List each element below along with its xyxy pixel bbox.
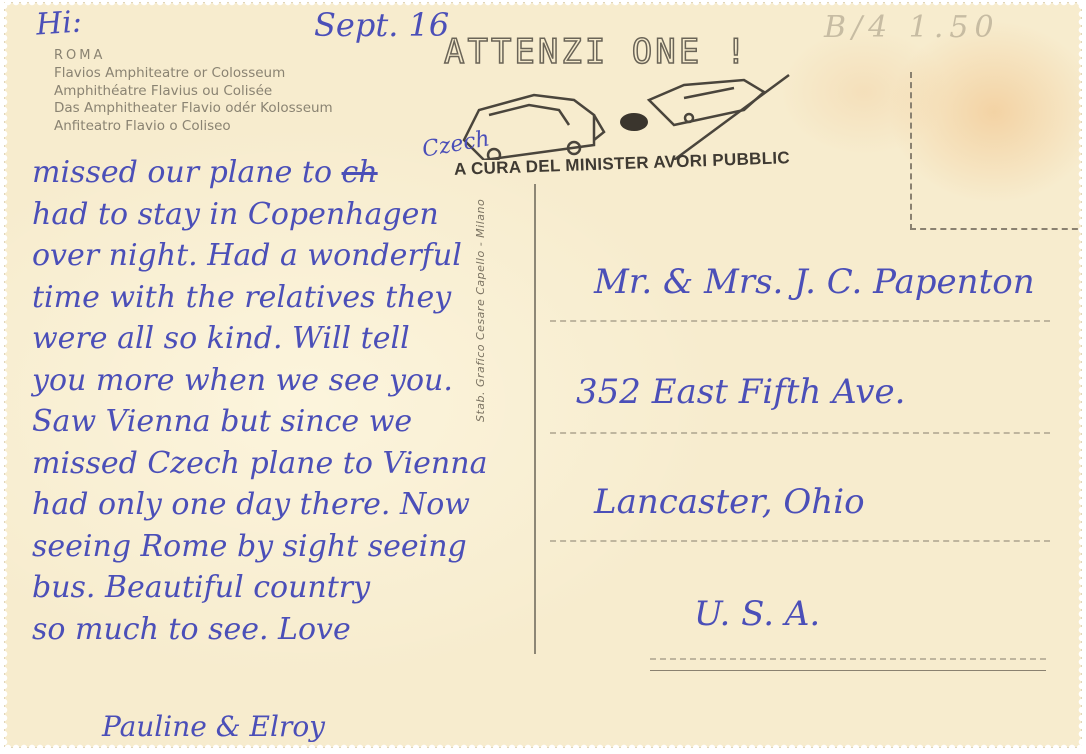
message-line: missed Czech plane to Vienna [32, 443, 487, 485]
address-rule-2 [550, 432, 1050, 434]
caption-line-it: Anfiteatro Flavio o Coliseo [54, 118, 333, 136]
caption-line-en: Flavios Amphiteatre or Colosseum [54, 65, 333, 83]
message-line: you more when we see you. [32, 360, 487, 402]
message-line: were all so kind. Will tell [32, 318, 487, 360]
message-line: over night. Had a wonderful [32, 235, 487, 277]
deckled-edge-left [4, 2, 8, 748]
printed-caption: ROMA Flavios Amphiteatre or Colosseum Am… [54, 48, 333, 135]
address-city-state: Lancaster, Ohio [594, 482, 865, 522]
message-line: missed our plane to ch [32, 152, 487, 194]
deckled-edge-top [4, 2, 1082, 6]
center-divider [534, 184, 536, 654]
handwritten-date: Sept. 16 [314, 6, 449, 44]
message-line: so much to see. Love [32, 609, 487, 651]
struck-text: ch [342, 155, 378, 190]
address-country: U. S. A. [694, 594, 820, 634]
handwritten-message: missed our plane to ch had to stay in Co… [32, 152, 487, 650]
address-rule-3 [550, 540, 1050, 542]
message-line: seeing Rome by sight seeing [32, 526, 487, 568]
caption-line-fr: Amphithéatre Flavius ou Colisée [54, 83, 333, 101]
address-street: 352 East Fifth Ave. [576, 372, 905, 412]
caption-city: ROMA [54, 48, 333, 63]
address-name: Mr. & Mrs. J. C. Papenton [594, 262, 1035, 302]
stamp-placement-box [910, 72, 1086, 230]
postmark-headline: ATTENZI ONE ! [444, 32, 749, 72]
caption-line-de: Das Amphitheater Flavio odér Kolosseum [54, 100, 333, 118]
address-rule-solid [650, 670, 1046, 671]
message-line: time with the relatives they [32, 277, 487, 319]
message-line: Saw Vienna but since we [32, 401, 487, 443]
message-line: bus. Beautiful country [32, 567, 487, 609]
message-text: missed our plane to [32, 155, 342, 190]
message-line: had only one day there. Now [32, 484, 487, 526]
message-line: had to stay in Copenhagen [32, 194, 487, 236]
handwritten-signature: Pauline & Elroy [102, 710, 325, 743]
address-rule-4 [650, 658, 1046, 660]
address-rule-1 [550, 320, 1050, 322]
postcard-back: B/4 1.50 ROMA Flavios Amphiteatre or Col… [4, 2, 1082, 748]
pencil-notes: B/4 1.50 [824, 10, 1000, 45]
deckled-edge-bottom [4, 744, 1082, 748]
car-crash-icon [444, 70, 804, 160]
handwritten-greeting: Hi: [35, 4, 83, 42]
postmark-cancellation: ATTENZI ONE ! A CURA DEL MINISTER AVORI … [444, 30, 804, 180]
